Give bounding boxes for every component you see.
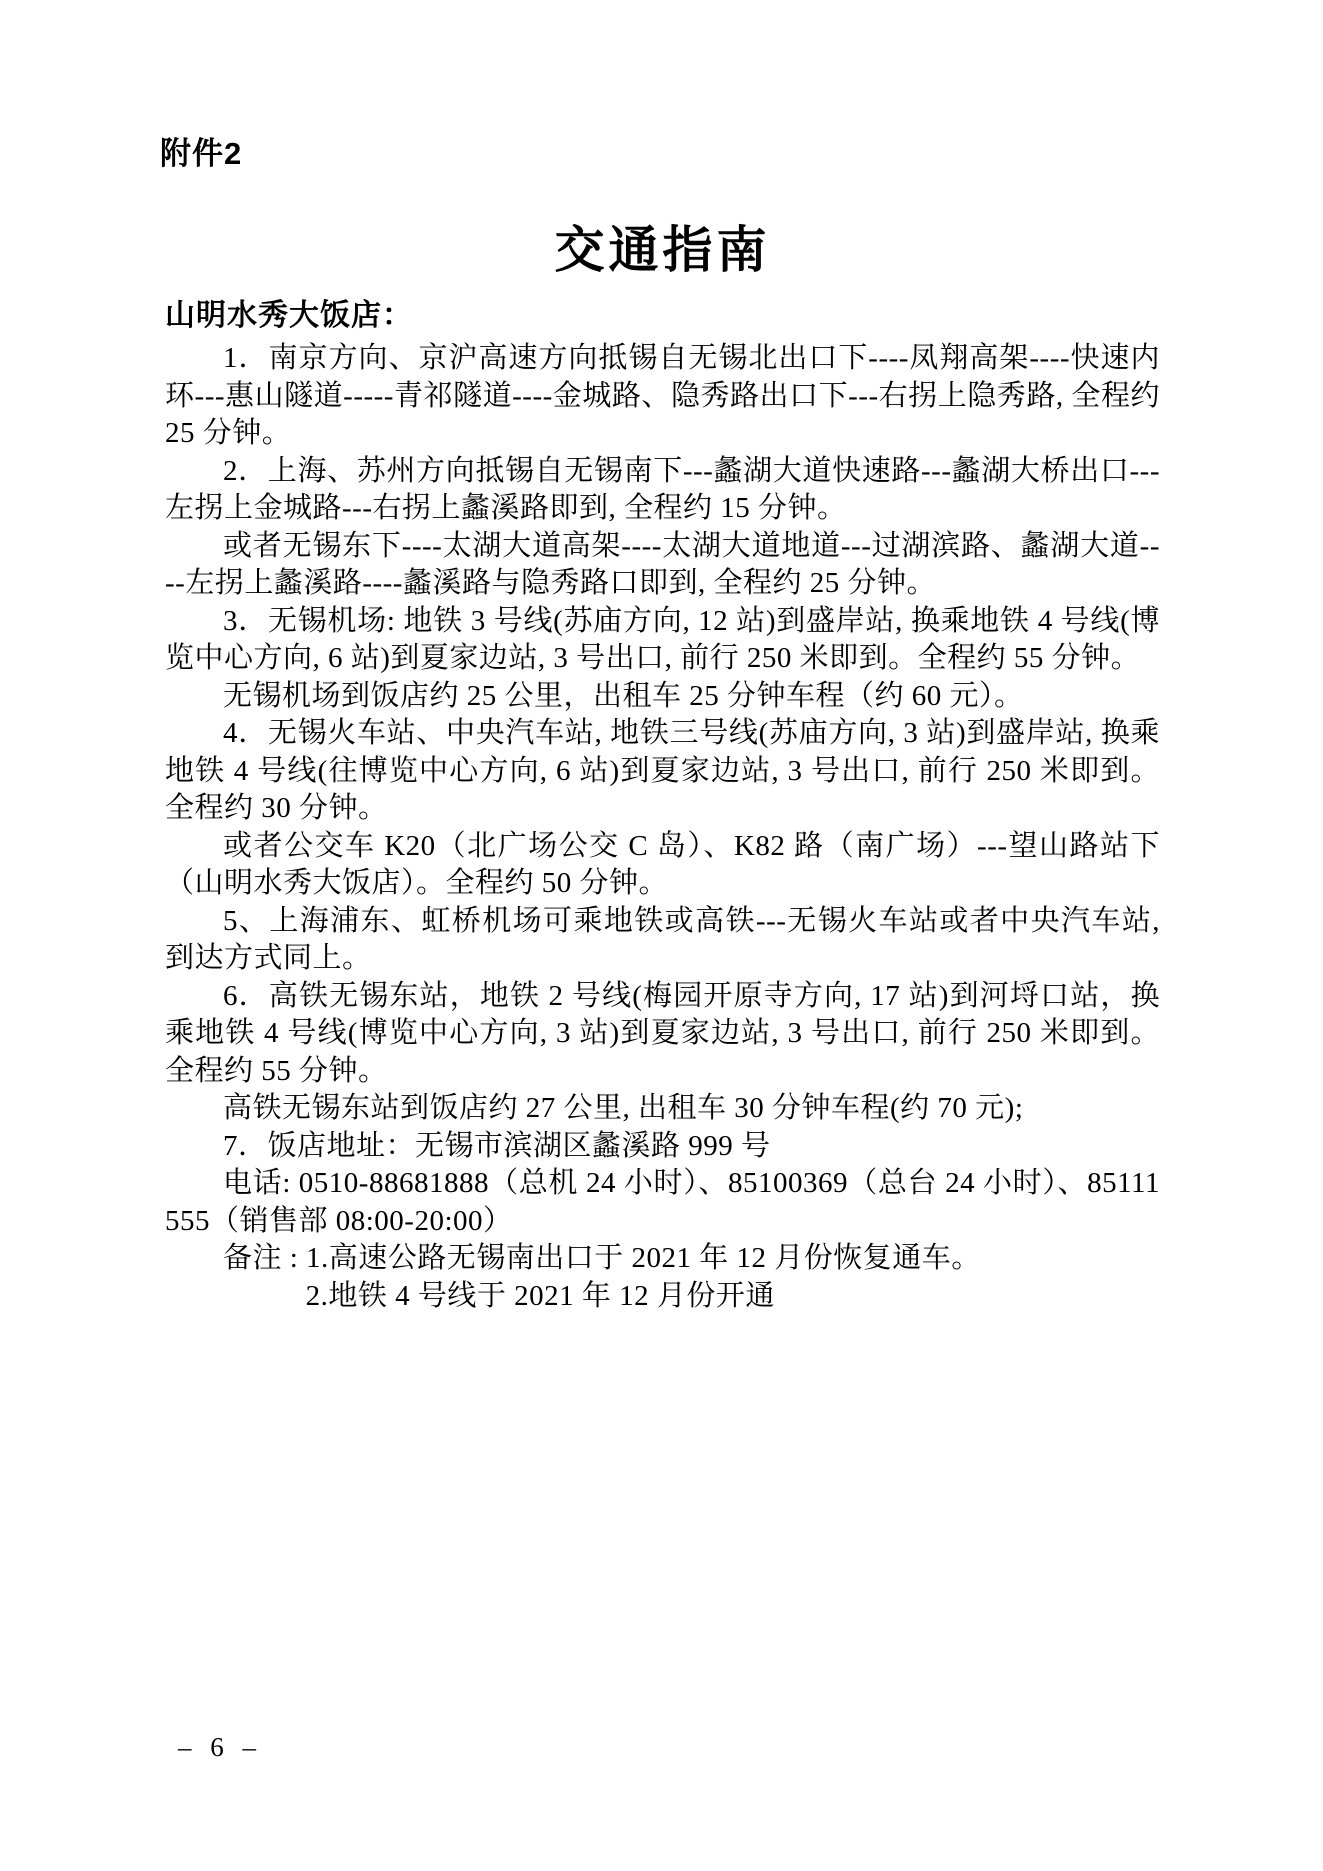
hotel-name-heading: 山明水秀大饭店： <box>165 296 1160 336</box>
paragraph-direction-shanghai-suzhou: 2．上海、苏州方向抵锡自无锡南下---蠡湖大道快速路---蠡湖大桥出口---左拐… <box>165 453 1160 528</box>
paragraph-direction-wuxi-east: 或者无锡东下----太湖大道高架----太湖大道地道---过湖滨路、蠡湖大道--… <box>165 528 1160 603</box>
paragraph-hotel-phone: 电话: 0510-88681888（总机 24 小时）、85100369（总台 … <box>165 1165 1160 1240</box>
paragraph-wuxi-east-hsr-metro: 6．高铁无锡东站，地铁 2 号线(梅园开原寺方向, 17 站)到河埒口站，换乘地… <box>165 978 1160 1091</box>
document-body: 山明水秀大饭店： 1．南京方向、京沪高速方向抵锡自无锡北出口下----凤翔高架-… <box>165 296 1160 1315</box>
paragraph-note-1: 备注 : 1.高速公路无锡南出口于 2021 年 12 月份恢复通车。 <box>165 1240 1160 1278</box>
paragraph-wuxi-airport-taxi: 无锡机场到饭店约 25 公里，出租车 25 分钟车程（约 60 元）。 <box>165 678 1160 716</box>
document-title: 交通指南 <box>165 210 1160 282</box>
paragraph-wuxi-east-hsr-taxi: 高铁无锡东站到饭店约 27 公里, 出租车 30 分钟车程(约 70 元); <box>165 1090 1160 1128</box>
paragraph-railway-station-metro: 4．无锡火车站、中央汽车站, 地铁三号线(苏庙方向, 3 站)到盛岸站, 换乘地… <box>165 715 1160 828</box>
paragraph-note-2: 2.地铁 4 号线于 2021 年 12 月份开通 <box>165 1278 1160 1316</box>
paragraph-bus-routes: 或者公交车 K20（北广场公交 C 岛）、K82 路（南广场）---望山路站下（… <box>165 828 1160 903</box>
paragraph-shanghai-airports: 5、上海浦东、虹桥机场可乘地铁或高铁---无锡火车站或者中央汽车站, 到达方式同… <box>165 903 1160 978</box>
paragraph-wuxi-airport-metro: 3．无锡机场: 地铁 3 号线(苏庙方向, 12 站)到盛岸站, 换乘地铁 4 … <box>165 603 1160 678</box>
paragraph-direction-nanjing: 1．南京方向、京沪高速方向抵锡自无锡北出口下----凤翔高架----快速内环--… <box>165 340 1160 453</box>
attachment-label: 附件2 <box>160 128 242 173</box>
paragraph-hotel-address: 7．饭店地址：无锡市滨湖区蠡溪路 999 号 <box>165 1128 1160 1166</box>
document-page: 附件2 交通指南 山明水秀大饭店： 1．南京方向、京沪高速方向抵锡自无锡北出口下… <box>0 0 1323 1871</box>
page-number: – 6 – <box>178 1732 262 1763</box>
